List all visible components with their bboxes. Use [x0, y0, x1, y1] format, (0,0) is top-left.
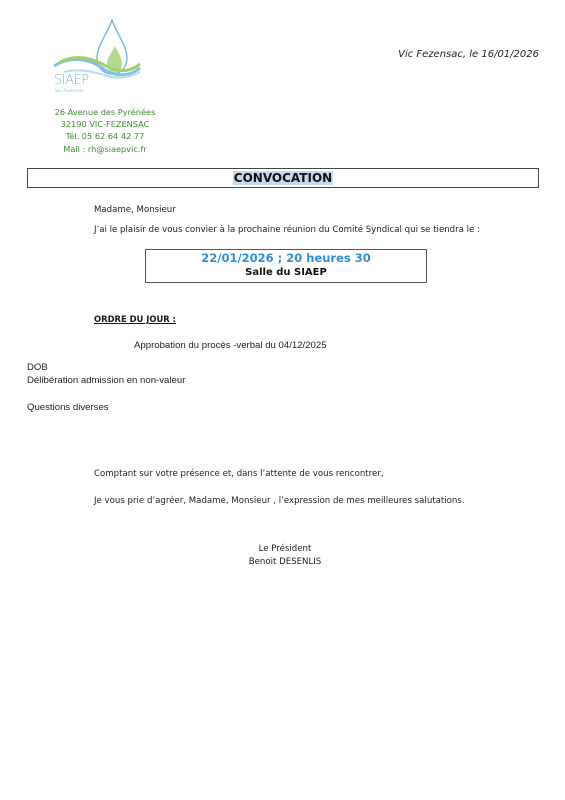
document-title: CONVOCATION [233, 171, 333, 185]
closing-line: Je vous prie d’agréer, Madame, Monsieur … [94, 496, 465, 506]
place-date: Vic Fezensac, le 16/01/2026 [398, 49, 539, 60]
agenda-item: Délibération admission en non-valeur [27, 375, 185, 386]
closing-line: Comptant sur votre présence et, dans l’a… [94, 469, 384, 479]
signature-name: Benoit DESENLIS [210, 556, 360, 569]
agenda-heading: ORDRE DU JOUR : [94, 314, 176, 324]
address-street: 26 Avenue des Pyrénées [40, 106, 170, 118]
meeting-box: 22/01/2026 ; 20 heures 30 Salle du SIAEP [145, 249, 427, 283]
svg-text:SIAEP: SIAEP [54, 73, 89, 88]
address-email: Mail : rh@siaepvic.fr [40, 143, 170, 155]
salutation: Madame, Monsieur [94, 205, 176, 215]
signature-role: Le Président [210, 543, 360, 556]
agenda-item: Approbation du procès -verbal du 04/12/2… [134, 340, 327, 351]
agenda-item: DOB [27, 362, 48, 373]
address-phone: Tél. 05 62 64 42 77 [40, 130, 170, 142]
water-drop-logo-icon: SIAEP Vic-Fezensac [50, 16, 142, 94]
siaep-logo: SIAEP Vic-Fezensac [50, 16, 142, 94]
intro-text: J’ai le plaisir de vous convier à la pro… [94, 225, 480, 235]
meeting-datetime: 22/01/2026 ; 20 heures 30 [146, 251, 426, 266]
address-city: 32190 VIC-FEZENSAC [40, 118, 170, 130]
title-box: CONVOCATION [27, 168, 539, 188]
agenda-item: Questions diverses [27, 402, 109, 413]
meeting-location: Salle du SIAEP [146, 266, 426, 280]
address-block: 26 Avenue des Pyrénées 32190 VIC-FEZENSA… [40, 106, 170, 155]
signature-block: Le Président Benoit DESENLIS [210, 543, 360, 568]
svg-text:Vic-Fezensac: Vic-Fezensac [55, 88, 85, 94]
